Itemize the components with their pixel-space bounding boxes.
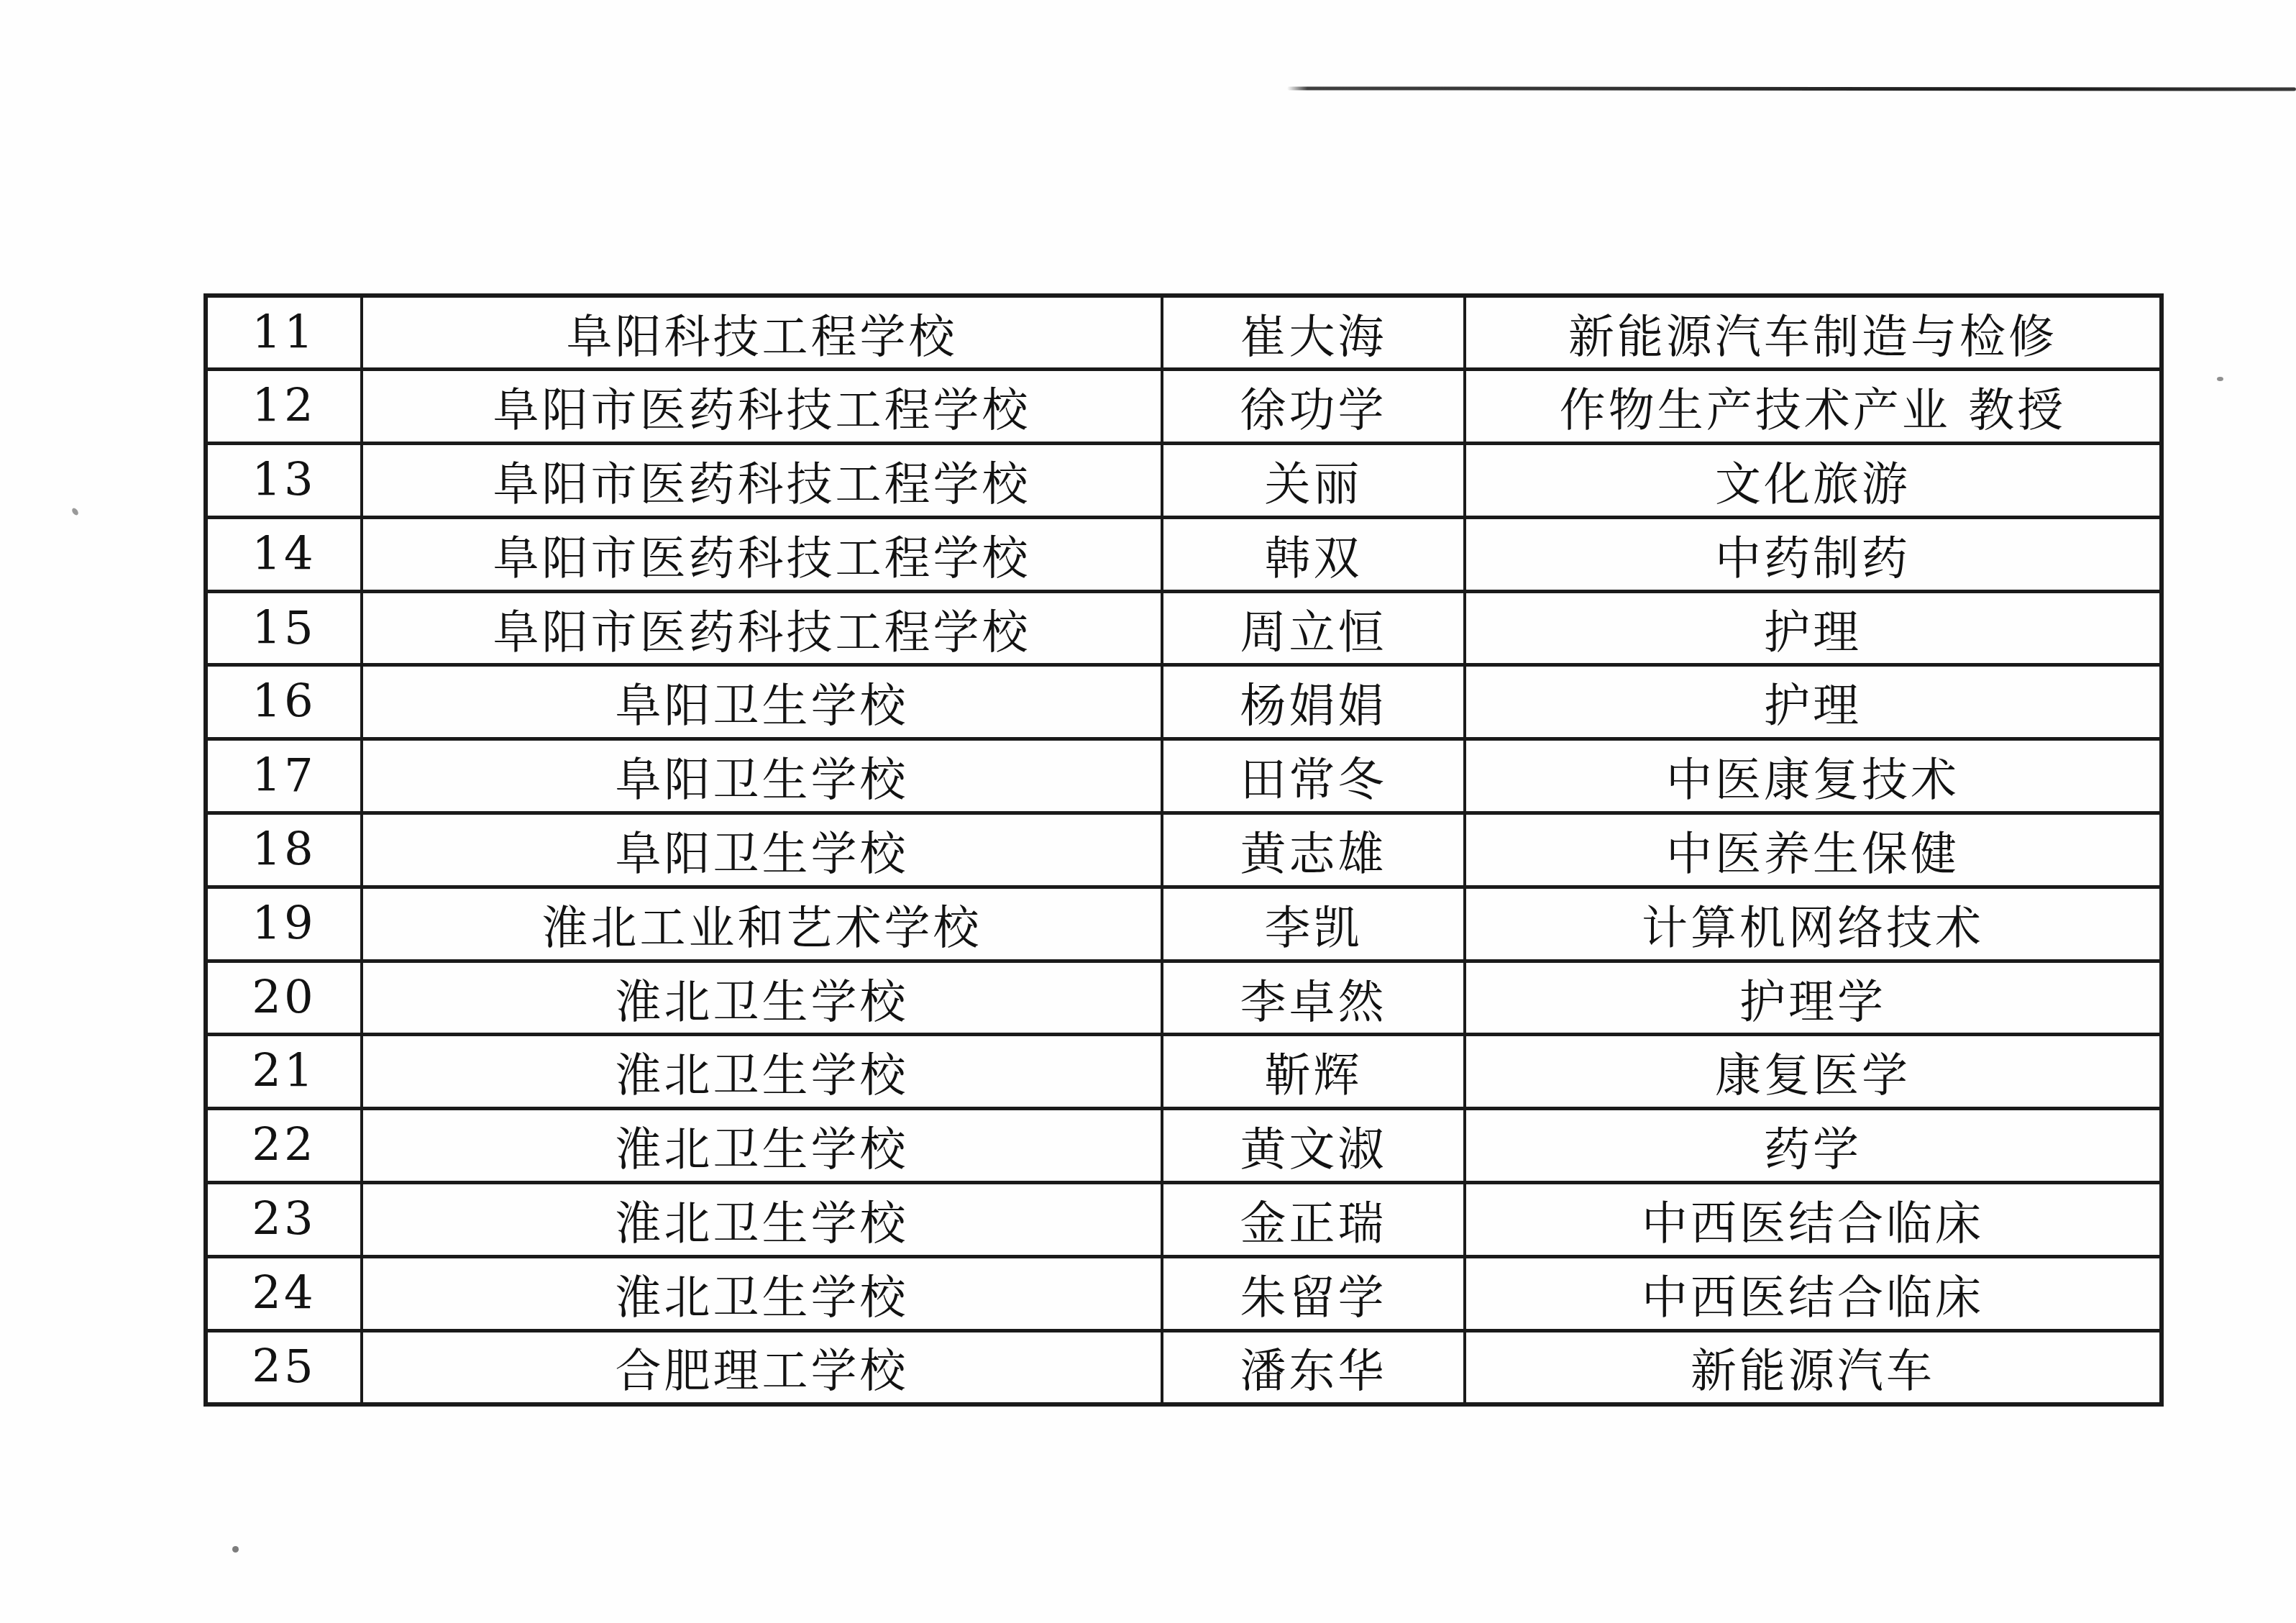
cell-school: 淮北卫生学校 <box>362 1256 1162 1330</box>
cell-major: 新能源汽车 <box>1465 1330 2162 1404</box>
cell-name: 韩双 <box>1162 517 1465 591</box>
cell-school: 阜阳市医药科技工程学校 <box>362 444 1162 518</box>
teachers-roster-table: 11阜阳科技工程学校崔大海新能源汽车制造与检修12阜阳市医药科技工程学校徐功学作… <box>203 293 2164 1407</box>
horizontal-rule <box>1287 86 2296 91</box>
cell-school: 阜阳卫生学校 <box>362 813 1162 887</box>
cell-row-number: 22 <box>206 1109 362 1183</box>
table-row: 23淮北卫生学校金正瑞中西医结合临床 <box>206 1183 2162 1257</box>
cell-major: 中医养生保健 <box>1465 813 2162 887</box>
cell-major: 文化旅游 <box>1465 444 2162 518</box>
cell-name: 李卓然 <box>1162 961 1465 1035</box>
cell-major: 康复医学 <box>1465 1035 2162 1109</box>
table-row: 13阜阳市医药科技工程学校关丽文化旅游 <box>206 444 2162 518</box>
cell-name: 黄志雄 <box>1162 813 1465 887</box>
cell-major: 中医康复技术 <box>1465 739 2162 813</box>
cell-name: 周立恒 <box>1162 591 1465 665</box>
cell-school: 淮北卫生学校 <box>362 961 1162 1035</box>
cell-row-number: 11 <box>206 296 362 370</box>
cell-name: 徐功学 <box>1162 370 1465 444</box>
cell-school: 阜阳市医药科技工程学校 <box>362 370 1162 444</box>
table-row: 11阜阳科技工程学校崔大海新能源汽车制造与检修 <box>206 296 2162 370</box>
cell-name: 关丽 <box>1162 444 1465 518</box>
table-row: 16阜阳卫生学校杨娟娟护理 <box>206 665 2162 739</box>
cell-school: 合肥理工学校 <box>362 1330 1162 1404</box>
cell-row-number: 23 <box>206 1183 362 1257</box>
table-body: 11阜阳科技工程学校崔大海新能源汽车制造与检修12阜阳市医药科技工程学校徐功学作… <box>206 296 2162 1404</box>
table-row: 17阜阳卫生学校田常冬中医康复技术 <box>206 739 2162 813</box>
table-row: 18阜阳卫生学校黄志雄中医养生保健 <box>206 813 2162 887</box>
cell-major: 护理学 <box>1465 961 2162 1035</box>
cell-school: 阜阳卫生学校 <box>362 739 1162 813</box>
table-row: 14阜阳市医药科技工程学校韩双中药制药 <box>206 517 2162 591</box>
cell-row-number: 14 <box>206 517 362 591</box>
cell-name: 李凯 <box>1162 887 1465 961</box>
cell-row-number: 16 <box>206 665 362 739</box>
table-row: 25合肥理工学校潘东华新能源汽车 <box>206 1330 2162 1404</box>
cell-school: 淮北卫生学校 <box>362 1035 1162 1109</box>
table-row: 15阜阳市医药科技工程学校周立恒护理 <box>206 591 2162 665</box>
cell-name: 金正瑞 <box>1162 1183 1465 1257</box>
cell-school: 阜阳市医药科技工程学校 <box>362 517 1162 591</box>
cell-row-number: 15 <box>206 591 362 665</box>
cell-name: 潘东华 <box>1162 1330 1465 1404</box>
cell-school: 淮北卫生学校 <box>362 1183 1162 1257</box>
table-row: 22淮北卫生学校黄文淑药学 <box>206 1109 2162 1183</box>
scan-speck <box>232 1546 239 1553</box>
cell-school: 阜阳卫生学校 <box>362 665 1162 739</box>
cell-name: 杨娟娟 <box>1162 665 1465 739</box>
cell-row-number: 12 <box>206 370 362 444</box>
scanned-page: 11阜阳科技工程学校崔大海新能源汽车制造与检修12阜阳市医药科技工程学校徐功学作… <box>0 0 2296 1623</box>
cell-name: 黄文淑 <box>1162 1109 1465 1183</box>
cell-row-number: 21 <box>206 1035 362 1109</box>
cell-row-number: 25 <box>206 1330 362 1404</box>
cell-row-number: 18 <box>206 813 362 887</box>
table-row: 21淮北卫生学校靳辉康复医学 <box>206 1035 2162 1109</box>
cell-major: 计算机网络技术 <box>1465 887 2162 961</box>
cell-school: 阜阳市医药科技工程学校 <box>362 591 1162 665</box>
cell-major: 护理 <box>1465 591 2162 665</box>
cell-name: 靳辉 <box>1162 1035 1465 1109</box>
cell-row-number: 24 <box>206 1256 362 1330</box>
cell-major: 新能源汽车制造与检修 <box>1465 296 2162 370</box>
cell-major: 作物生产技术产业 教授 <box>1465 370 2162 444</box>
cell-major: 中西医结合临床 <box>1465 1256 2162 1330</box>
cell-row-number: 13 <box>206 444 362 518</box>
cell-row-number: 17 <box>206 739 362 813</box>
cell-major: 中西医结合临床 <box>1465 1183 2162 1257</box>
cell-school: 阜阳科技工程学校 <box>362 296 1162 370</box>
cell-major: 护理 <box>1465 665 2162 739</box>
cell-name: 朱留学 <box>1162 1256 1465 1330</box>
table-row: 24淮北卫生学校朱留学中西医结合临床 <box>206 1256 2162 1330</box>
cell-name: 崔大海 <box>1162 296 1465 370</box>
table-row: 12阜阳市医药科技工程学校徐功学作物生产技术产业 教授 <box>206 370 2162 444</box>
cell-name: 田常冬 <box>1162 739 1465 813</box>
scan-speck <box>70 507 79 516</box>
cell-school: 淮北工业和艺术学校 <box>362 887 1162 961</box>
cell-major: 中药制药 <box>1465 517 2162 591</box>
cell-school: 淮北卫生学校 <box>362 1109 1162 1183</box>
scan-speck <box>2217 377 2223 381</box>
table-row: 19淮北工业和艺术学校李凯计算机网络技术 <box>206 887 2162 961</box>
cell-row-number: 20 <box>206 961 362 1035</box>
cell-row-number: 19 <box>206 887 362 961</box>
table-row: 20淮北卫生学校李卓然护理学 <box>206 961 2162 1035</box>
cell-major: 药学 <box>1465 1109 2162 1183</box>
